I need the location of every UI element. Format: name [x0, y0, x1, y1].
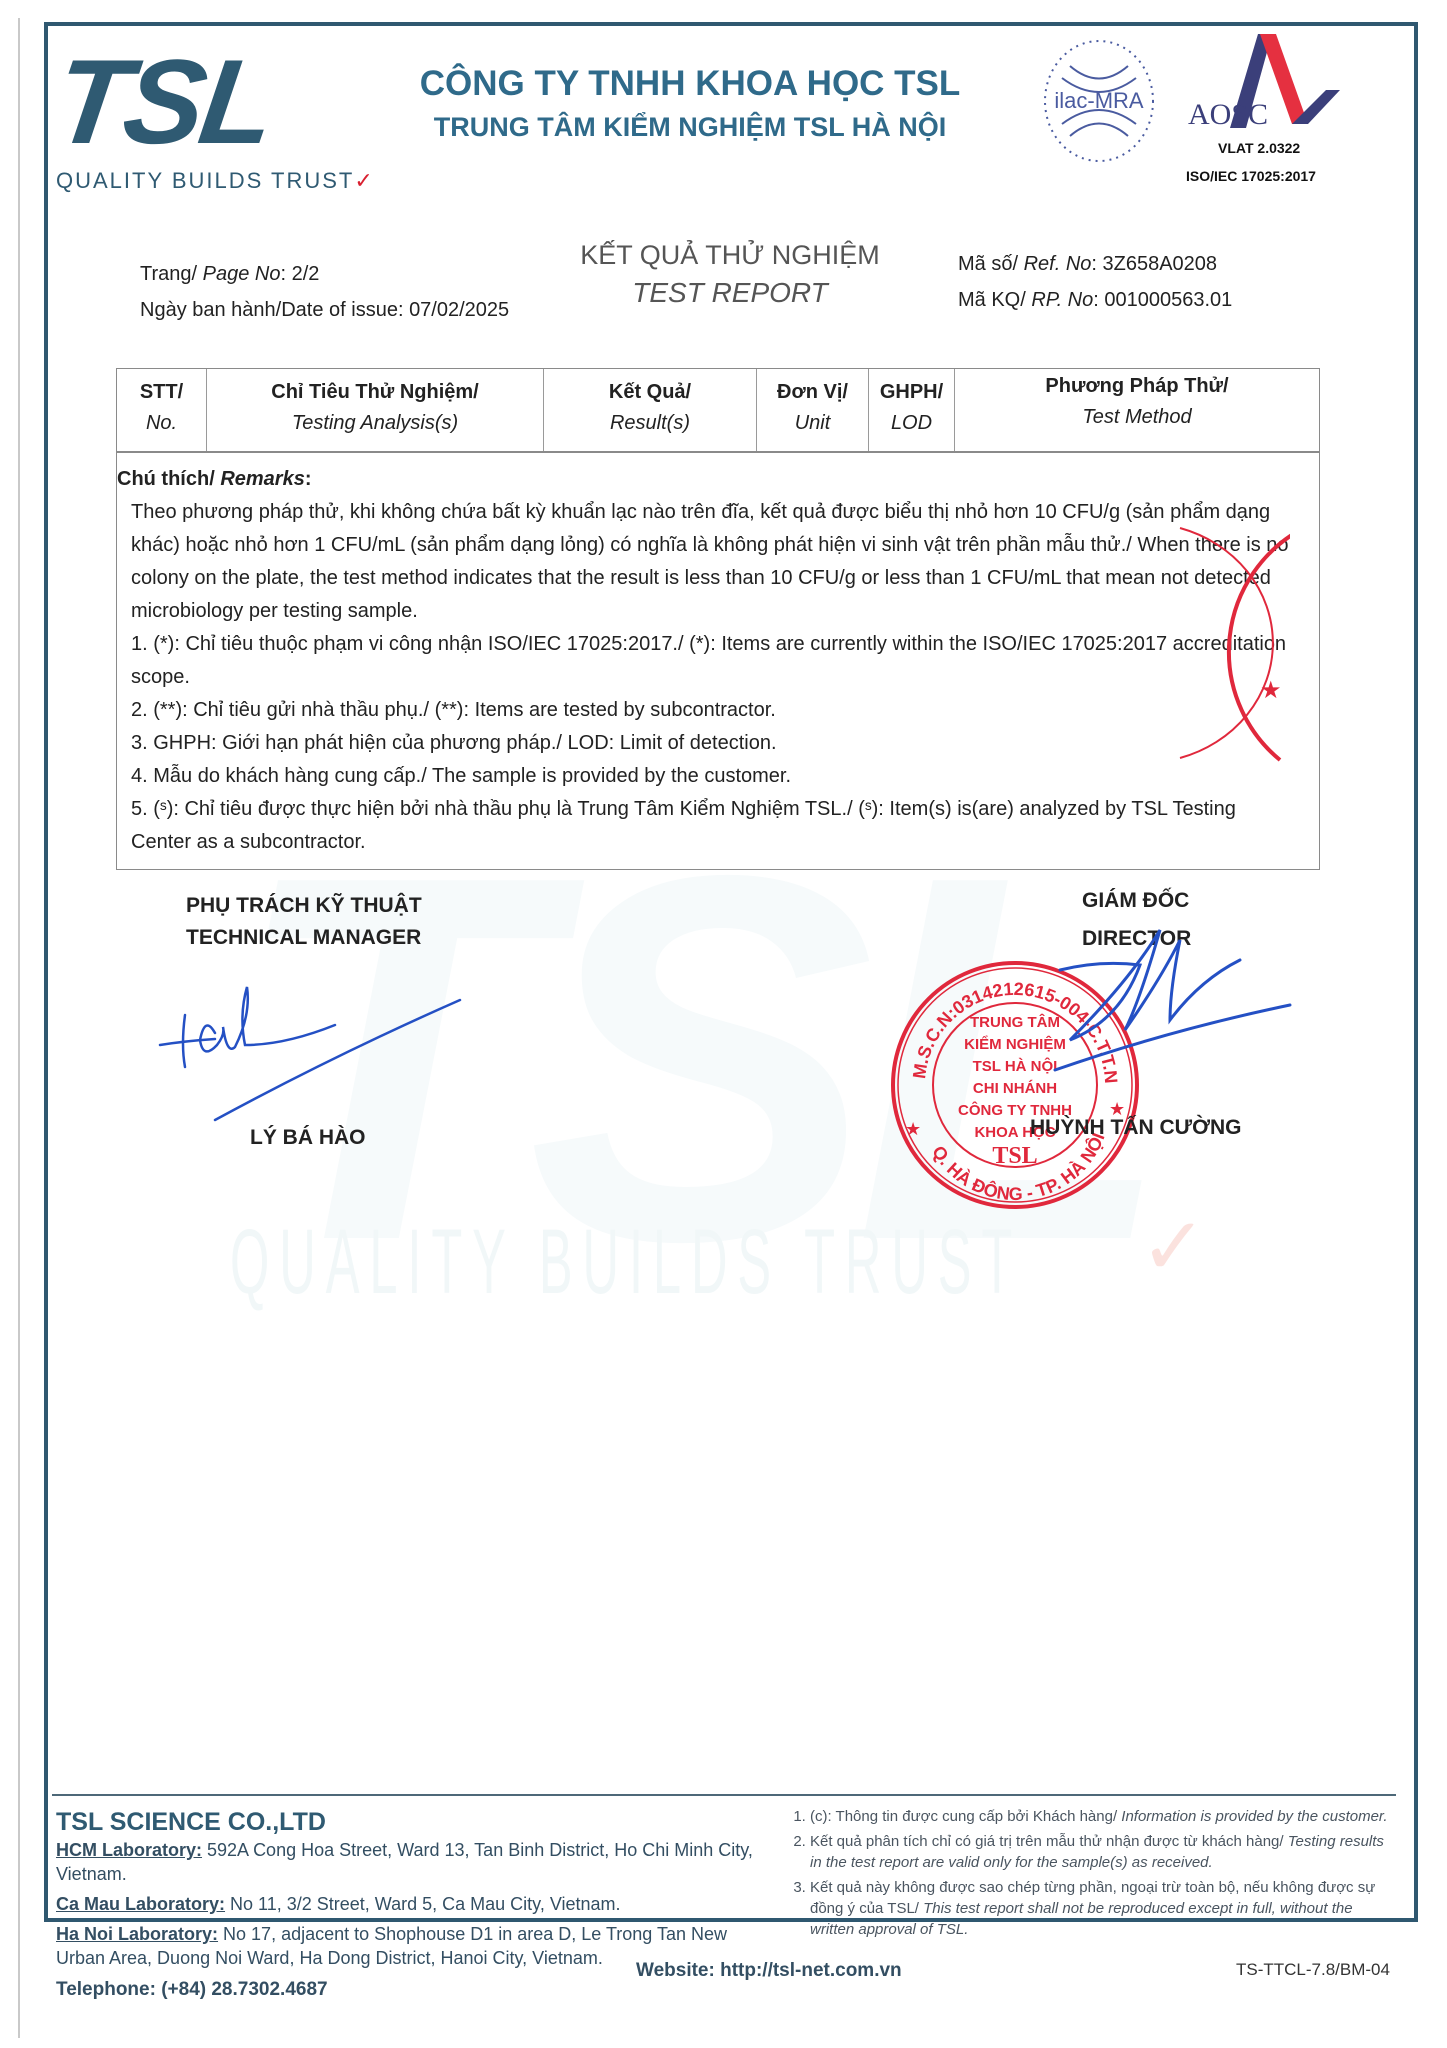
footer-notes: (c): Thông tin được cung cấp bởi Khách h… [790, 1806, 1390, 1944]
watermark-check-icon: ✓ [1140, 1200, 1207, 1293]
director-title-vi: GIÁM ĐỐC [1082, 882, 1191, 920]
iso-label: ISO/IEC 17025:2017 [1186, 168, 1316, 184]
footer-company-name: TSL SCIENCE CO.,LTD [56, 1810, 756, 1834]
hanoi-lab-label: Ha Noi Laboratory: [56, 1924, 218, 1944]
col-analysis: Chỉ Tiêu Thử Nghiệm/Testing Analysis(s) [207, 369, 544, 451]
col-lod: GHPH/LOD [869, 369, 955, 451]
remark-item: 5. (ˢ): Chỉ tiêu được thực hiện bởi nhà … [131, 793, 1289, 859]
camau-lab: Ca Mau Laboratory: No 11, 3/2 Street, Wa… [56, 1892, 756, 1916]
aosc-label: AOSC [1188, 98, 1268, 132]
col-no-en: No. [117, 412, 206, 435]
remark-item: 1. (*): Chỉ tiêu thuộc phạm vi công nhận… [131, 628, 1289, 694]
tm-title-en: TECHNICAL MANAGER [186, 922, 422, 954]
remarks-title-vi: Chú thích/ [117, 468, 220, 490]
remarks-intro: Theo phương pháp thử, khi không chứa bất… [131, 496, 1289, 628]
director-title-en: DIRECTOR [1082, 920, 1191, 958]
issue-value: 07/02/2025 [409, 299, 509, 321]
issue-label: Ngày ban hành/Date of issue: [140, 299, 409, 321]
logo-text: TSL [48, 42, 384, 162]
footer-note: Kết quả phân tích chỉ có giá trị trên mẫ… [810, 1831, 1390, 1873]
footer-divider [52, 1794, 1396, 1796]
remarks-title-en: Remarks [220, 468, 305, 490]
report-title: KẾT QUẢ THỬ NGHIỆM TEST REPORT [560, 240, 900, 309]
camau-lab-label: Ca Mau Laboratory: [56, 1894, 225, 1914]
rp-label-vi: Mã KQ/ [958, 289, 1031, 311]
aosc-logo: AOSC VLAT 2.0322 ISO/IEC 17025:2017 [1180, 28, 1350, 143]
col-no-vi: STT/ [117, 381, 206, 404]
footer-website-link[interactable]: Website: http://tsl-net.com.vn [636, 1960, 902, 1982]
note-vi: (c): Thông tin được cung cấp bởi Khách h… [810, 1808, 1121, 1825]
watermark-text: QUALITY BUILDS TRUST [230, 1210, 1022, 1315]
svg-text:ilac-MRA: ilac-MRA [1054, 88, 1144, 113]
ilac-mra-logo-icon: ilac-MRA [1040, 36, 1158, 166]
rp-number: Mã KQ/ RP. No: 001000563.01 [958, 282, 1232, 318]
tsl-logo: TSL QUALITY BUILDS TRUST✓ [56, 42, 375, 194]
check-icon: ✓ [354, 168, 374, 193]
footer-note: (c): Thông tin được cung cấp bởi Khách h… [810, 1806, 1390, 1827]
report-title-en: TEST REPORT [560, 277, 900, 309]
director-name: HUỲNH TẤN CƯỜNG [1030, 1116, 1242, 1140]
table-header: STT/No. Chỉ Tiêu Thử Nghiệm/Testing Anal… [117, 369, 1319, 453]
center-name: TRUNG TÂM KIỂM NGHIỆM TSL HÀ NỘI [380, 112, 1000, 143]
remark-item: 3. GHPH: Giới hạn phát hiện của phương p… [131, 727, 1289, 760]
form-code: TS-TTCL-7.8/BM-04 [1236, 1960, 1390, 1980]
ref-number: Mã số/ Ref. No: 3Z658A0208 [958, 246, 1232, 282]
director-title: GIÁM ĐỐC DIRECTOR [1082, 882, 1191, 958]
tm-title-vi: PHỤ TRÁCH KỸ THUẬT [186, 890, 422, 922]
technical-manager-title: PHỤ TRÁCH KỸ THUẬT TECHNICAL MANAGER [186, 890, 422, 954]
col-method: Phương Pháp Thử/Test Method [955, 369, 1319, 451]
note-en: Information is provided by the customer. [1121, 1808, 1387, 1825]
page-label-vi: Trang/ [140, 263, 203, 285]
remark-item: 4. Mẫu do khách hàng cung cấp./ The samp… [131, 760, 1289, 793]
aosc-code: VLAT 2.0322 [1218, 140, 1300, 156]
col-result: Kết Quả/Result(s) [544, 369, 757, 451]
col-result-en: Result(s) [544, 412, 756, 435]
col-method-vi: Phương Pháp Thử/ [955, 375, 1319, 398]
col-lod-vi: GHPH/ [869, 381, 954, 404]
logo-tagline: QUALITY BUILDS TRUST✓ [56, 168, 375, 194]
remarks-body: Theo phương pháp thử, khi không chứa bất… [117, 496, 1319, 859]
results-table: STT/No. Chỉ Tiêu Thử Nghiệm/Testing Anal… [116, 368, 1320, 870]
hcm-lab-label: HCM Laboratory: [56, 1840, 202, 1860]
page-number: Trang/ Page No: 2/2 [140, 256, 509, 292]
col-result-vi: Kết Quả/ [544, 381, 756, 404]
col-analysis-en: Testing Analysis(s) [207, 412, 543, 435]
tagline-text: QUALITY BUILDS TRUST [56, 168, 354, 193]
report-meta-right: Mã số/ Ref. No: 3Z658A0208 Mã KQ/ RP. No… [958, 246, 1232, 318]
camau-lab-address: No 11, 3/2 Street, Ward 5, Ca Mau City, … [225, 1894, 621, 1914]
technical-manager-name: LÝ BÁ HÀO [250, 1126, 366, 1150]
col-unit-vi: Đơn Vị/ [757, 381, 868, 404]
issue-date: Ngày ban hành/Date of issue: 07/02/2025 [140, 292, 509, 328]
ref-label-vi: Mã số/ [958, 253, 1024, 275]
col-unit: Đơn Vị/Unit [757, 369, 869, 451]
col-method-en: Test Method [955, 406, 1319, 429]
ref-value: : 3Z658A0208 [1091, 253, 1217, 275]
rp-label-en: RP. No [1031, 289, 1093, 311]
page-value: : 2/2 [280, 263, 319, 285]
remarks-section: Chú thích/ Remarks: Theo phương pháp thử… [117, 453, 1319, 869]
report-meta-left: Trang/ Page No: 2/2 Ngày ban hành/Date o… [140, 256, 509, 328]
ref-label-en: Ref. No [1024, 253, 1092, 275]
rp-value: : 001000563.01 [1093, 289, 1232, 311]
company-name: CÔNG TY TNHH KHOA HỌC TSL [380, 64, 1000, 104]
company-heading: CÔNG TY TNHH KHOA HỌC TSL TRUNG TÂM KIỂM… [380, 64, 1000, 143]
report-title-vi: KẾT QUẢ THỬ NGHIỆM [560, 240, 900, 271]
col-analysis-vi: Chỉ Tiêu Thử Nghiệm/ [207, 381, 543, 404]
note-vi: Kết quả phân tích chỉ có giá trị trên mẫ… [810, 1833, 1288, 1850]
hcm-lab: HCM Laboratory: 592A Cong Hoa Street, Wa… [56, 1838, 756, 1886]
remarks-title: Chú thích/ Remarks: [115, 463, 1319, 496]
col-no: STT/No. [117, 369, 207, 451]
col-unit-en: Unit [757, 412, 868, 435]
col-lod-en: LOD [869, 412, 954, 435]
footer-note: Kết quả này không được sao chép từng phầ… [810, 1877, 1390, 1940]
remark-item: 2. (**): Chỉ tiêu gửi nhà thầu phụ./ (**… [131, 694, 1289, 727]
page-label-en: Page No [203, 263, 281, 285]
